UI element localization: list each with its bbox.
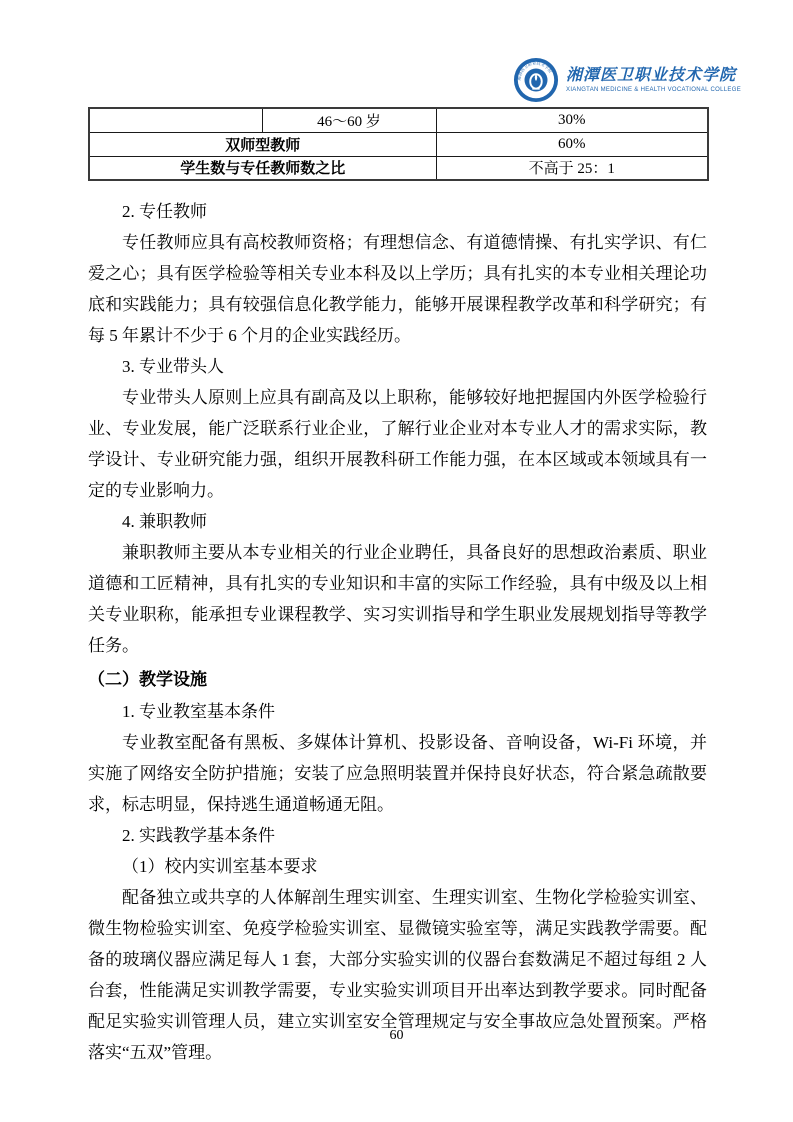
table-cell-double-qualified-value: 60% bbox=[436, 132, 708, 156]
table-cell-ratio-value: 不高于 25：1 bbox=[436, 156, 708, 180]
college-logo-text: 湘潭医卫职业技术学院 XIANGTAN MEDICINE & HEALTH VO… bbox=[566, 66, 741, 94]
table-row-student-teacher-ratio: 学生数与专任教师数之比 不高于 25：1 bbox=[89, 156, 708, 180]
table-cell-double-qualified-label: 双师型教师 bbox=[89, 132, 436, 156]
subheading-on-campus-training-rooms: （1）校内实训室基本要求 bbox=[88, 851, 707, 882]
paragraph-classroom-conditions: 专业教室配备有黑板、多媒体计算机、投影设备、音响设备，Wi-Fi 环境，并实施了… bbox=[88, 727, 707, 820]
paragraph-program-leader: 专业带头人原则上应具有副高及以上职称，能够较好地把握国内外医学检验行业、专业发展… bbox=[88, 382, 707, 506]
section-heading-teaching-facilities: （二）教学设施 bbox=[88, 664, 707, 695]
document-page: 湘潭医卫职业技术学院 湘潭医卫职业技术学院 XIANGTAN MEDICINE … bbox=[0, 0, 793, 1122]
table-cell-age-value: 30% bbox=[436, 108, 708, 132]
table-cell-empty bbox=[89, 108, 262, 132]
paragraph-full-time-teachers: 专任教师应具有高校教师资格；有理想信念、有道德情操、有扎实学识、有仁爱之心；具有… bbox=[88, 227, 707, 351]
table-cell-age-range: 46～60 岁 bbox=[262, 108, 436, 132]
subheading-program-leader: 3. 专业带头人 bbox=[88, 351, 707, 382]
faculty-requirements-table: 46～60 岁 30% 双师型教师 60% 学生数与专任教师数之比 不高于 25… bbox=[88, 107, 707, 181]
page-number: 60 bbox=[0, 1028, 793, 1044]
subheading-practical-teaching: 2. 实践教学基本条件 bbox=[88, 820, 707, 851]
subheading-part-time-teachers: 4. 兼职教师 bbox=[88, 506, 707, 537]
college-emblem-icon: 湘潭医卫职业技术学院 bbox=[513, 57, 559, 103]
college-logo: 湘潭医卫职业技术学院 湘潭医卫职业技术学院 XIANGTAN MEDICINE … bbox=[513, 57, 741, 103]
college-name-cn: 湘潭医卫职业技术学院 bbox=[566, 66, 741, 86]
college-name-en: XIANGTAN MEDICINE & HEALTH VOCATIONAL CO… bbox=[566, 86, 741, 94]
document-body: 2. 专任教师 专任教师应具有高校教师资格；有理想信念、有道德情操、有扎实学识、… bbox=[88, 196, 707, 1068]
table-row-double-qualified: 双师型教师 60% bbox=[89, 132, 708, 156]
table-row-age-46-60: 46～60 岁 30% bbox=[89, 108, 708, 132]
paragraph-part-time-teachers: 兼职教师主要从本专业相关的行业企业聘任，具备良好的思想政治素质、职业道德和工匠精… bbox=[88, 537, 707, 661]
table-cell-ratio-label: 学生数与专任教师数之比 bbox=[89, 156, 436, 180]
subheading-full-time-teachers: 2. 专任教师 bbox=[88, 196, 707, 227]
subheading-classroom-conditions: 1. 专业教室基本条件 bbox=[88, 696, 707, 727]
